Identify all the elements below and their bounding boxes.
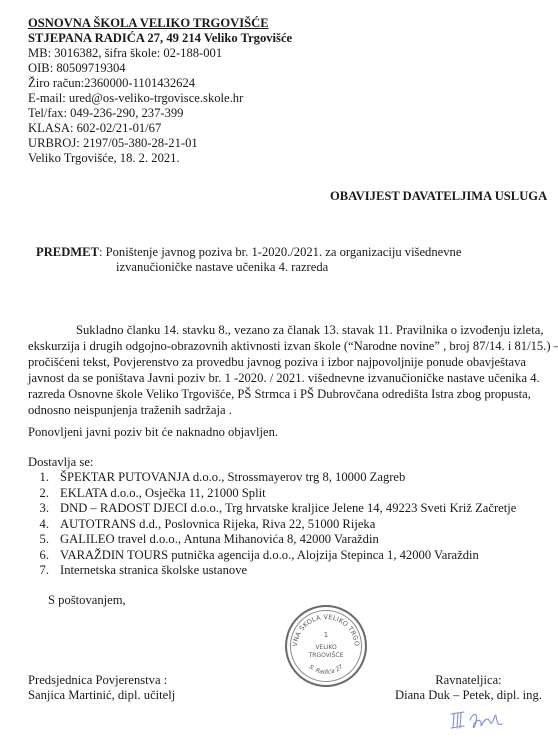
urbroj: URBROJ: 2197/05-380-28-21-01 bbox=[28, 136, 292, 151]
bank-account: Žiro račun:2360000-1101432624 bbox=[28, 76, 292, 91]
recipient-text: Internetska stranica školske ustanove bbox=[60, 563, 247, 577]
body-line: javnost da se poništava Javni poziv br. … bbox=[28, 371, 538, 387]
committee-name: Sanjica Martinić, dipl. učitelj bbox=[28, 688, 175, 703]
subject-text: : Poništenje javnog poziva br. 1-2020./2… bbox=[99, 245, 461, 259]
list-number: 3. bbox=[28, 501, 49, 516]
subject-text-continued: izvanučioničke nastave učenika 4. razred… bbox=[116, 260, 328, 275]
body-line: pročišćeni tekst, Povjerenstvo za proved… bbox=[28, 355, 538, 371]
principal-signature-block: Ravnateljica: Diana Duk – Petek, dipl. i… bbox=[395, 673, 542, 703]
list-item: 4.AUTOTRANS d.d., Poslovnica Rijeka, Riv… bbox=[28, 517, 516, 533]
list-number: 1. bbox=[28, 470, 49, 485]
school-name: OSNOVNA ŠKOLA VELIKO TRGOVIŠĆE bbox=[28, 16, 292, 31]
principal-role: Ravnateljica: bbox=[395, 673, 542, 688]
recipient-text: AUTOTRANS d.d., Poslovnica Rijeka, Riva … bbox=[60, 517, 375, 531]
recipient-text: DND – RADOST DJECI d.o.o., Trg hrvatske … bbox=[60, 501, 516, 515]
letterhead: OSNOVNA ŠKOLA VELIKO TRGOVIŠĆE STJEPANA … bbox=[28, 16, 292, 166]
list-item: 5.GALILEO travel d.o.o., Antuna Mihanovi… bbox=[28, 532, 516, 548]
closing-salutation: S poštovanjem, bbox=[48, 593, 126, 608]
principal-name: Diana Duk – Petek, dipl. ing. bbox=[395, 688, 542, 703]
svg-text:S. Radića 27: S. Radića 27 bbox=[307, 663, 344, 675]
list-number: 7. bbox=[28, 563, 49, 578]
place-date: Veliko Trgovišće, 18. 2. 2021. bbox=[28, 151, 292, 166]
svg-text:OSNOVNA ŠKOLA VELIKO TRGOVIŠĆE: OSNOVNA ŠKOLA VELIKO TRGOVIŠĆE bbox=[287, 607, 361, 647]
oib: OIB: 80509719304 bbox=[28, 61, 292, 76]
body-line: razreda Osnovne škole Veliko Trgovišće, … bbox=[28, 387, 538, 403]
recipient-text: ŠPEKTAR PUTOVANJA d.o.o., Strossmayerov … bbox=[60, 470, 405, 484]
document-title: OBAVIJEST DAVATELJIMA USLUGA bbox=[330, 189, 547, 204]
recipient-list: 1.ŠPEKTAR PUTOVANJA d.o.o., Strossmayero… bbox=[28, 470, 516, 579]
body-line: Sukladno članku 14. stavku 8., vezano za… bbox=[28, 323, 538, 339]
repeat-notice: Ponovljeni javni poziv bit će naknadno o… bbox=[28, 425, 278, 440]
svg-text:TRGOVIŠĆE: TRGOVIŠĆE bbox=[308, 652, 344, 659]
list-item: 6.VARAŽDIN TOURS putnička agencija d.o.o… bbox=[28, 548, 516, 564]
school-address: STJEPANA RADIĆA 27, 49 214 Veliko Trgovi… bbox=[28, 31, 292, 46]
handwritten-signature-icon bbox=[448, 708, 504, 738]
list-item: 7.Internetska stranica školske ustanove bbox=[28, 563, 516, 579]
registration-number: MB: 3016382, šifra škole: 02-188-001 bbox=[28, 46, 292, 61]
body-paragraph: Sukladno članku 14. stavku 8., vezano za… bbox=[28, 323, 538, 419]
telfax: Tel/fax: 049-236-290, 237-399 bbox=[28, 106, 292, 121]
subject-label: PREDMET bbox=[36, 245, 99, 259]
email: E-mail: ured@os-veliko-trgovisce.skole.h… bbox=[28, 91, 292, 106]
body-line: odnosno neispunjenja traženih sadržaja . bbox=[28, 403, 538, 419]
list-item: 2.EKLATA d.o.o., Osječka 11, 21000 Split bbox=[28, 486, 516, 502]
svg-text:VELIKO: VELIKO bbox=[315, 644, 337, 651]
klasa: KLASA: 602-02/21-01/67 bbox=[28, 121, 292, 136]
delivery-label: Dostavlja se: bbox=[28, 455, 93, 470]
svg-text:1: 1 bbox=[324, 631, 328, 639]
list-item: 3.DND – RADOST DJECI d.o.o., Trg hrvatsk… bbox=[28, 501, 516, 517]
list-number: 6. bbox=[28, 548, 49, 563]
list-number: 4. bbox=[28, 517, 49, 532]
recipient-text: EKLATA d.o.o., Osječka 11, 21000 Split bbox=[60, 486, 266, 500]
body-line: ekskurzija i drugih odgojno-obrazovnih a… bbox=[28, 339, 538, 355]
committee-signature-block: Predsjednica Povjerenstva : Sanjica Mart… bbox=[28, 673, 175, 703]
recipient-text: GALILEO travel d.o.o., Antuna Mihanovića… bbox=[60, 532, 379, 546]
committee-role: Predsjednica Povjerenstva : bbox=[28, 673, 175, 688]
subject-line: PREDMET: Poništenje javnog poziva br. 1-… bbox=[36, 245, 461, 260]
official-stamp: OSNOVNA ŠKOLA VELIKO TRGOVIŠĆE S. Radića… bbox=[285, 605, 367, 687]
list-number: 5. bbox=[28, 532, 49, 547]
recipient-text: VARAŽDIN TOURS putnička agencija d.o.o.,… bbox=[60, 548, 479, 562]
list-item: 1.ŠPEKTAR PUTOVANJA d.o.o., Strossmayero… bbox=[28, 470, 516, 486]
list-number: 2. bbox=[28, 486, 49, 501]
